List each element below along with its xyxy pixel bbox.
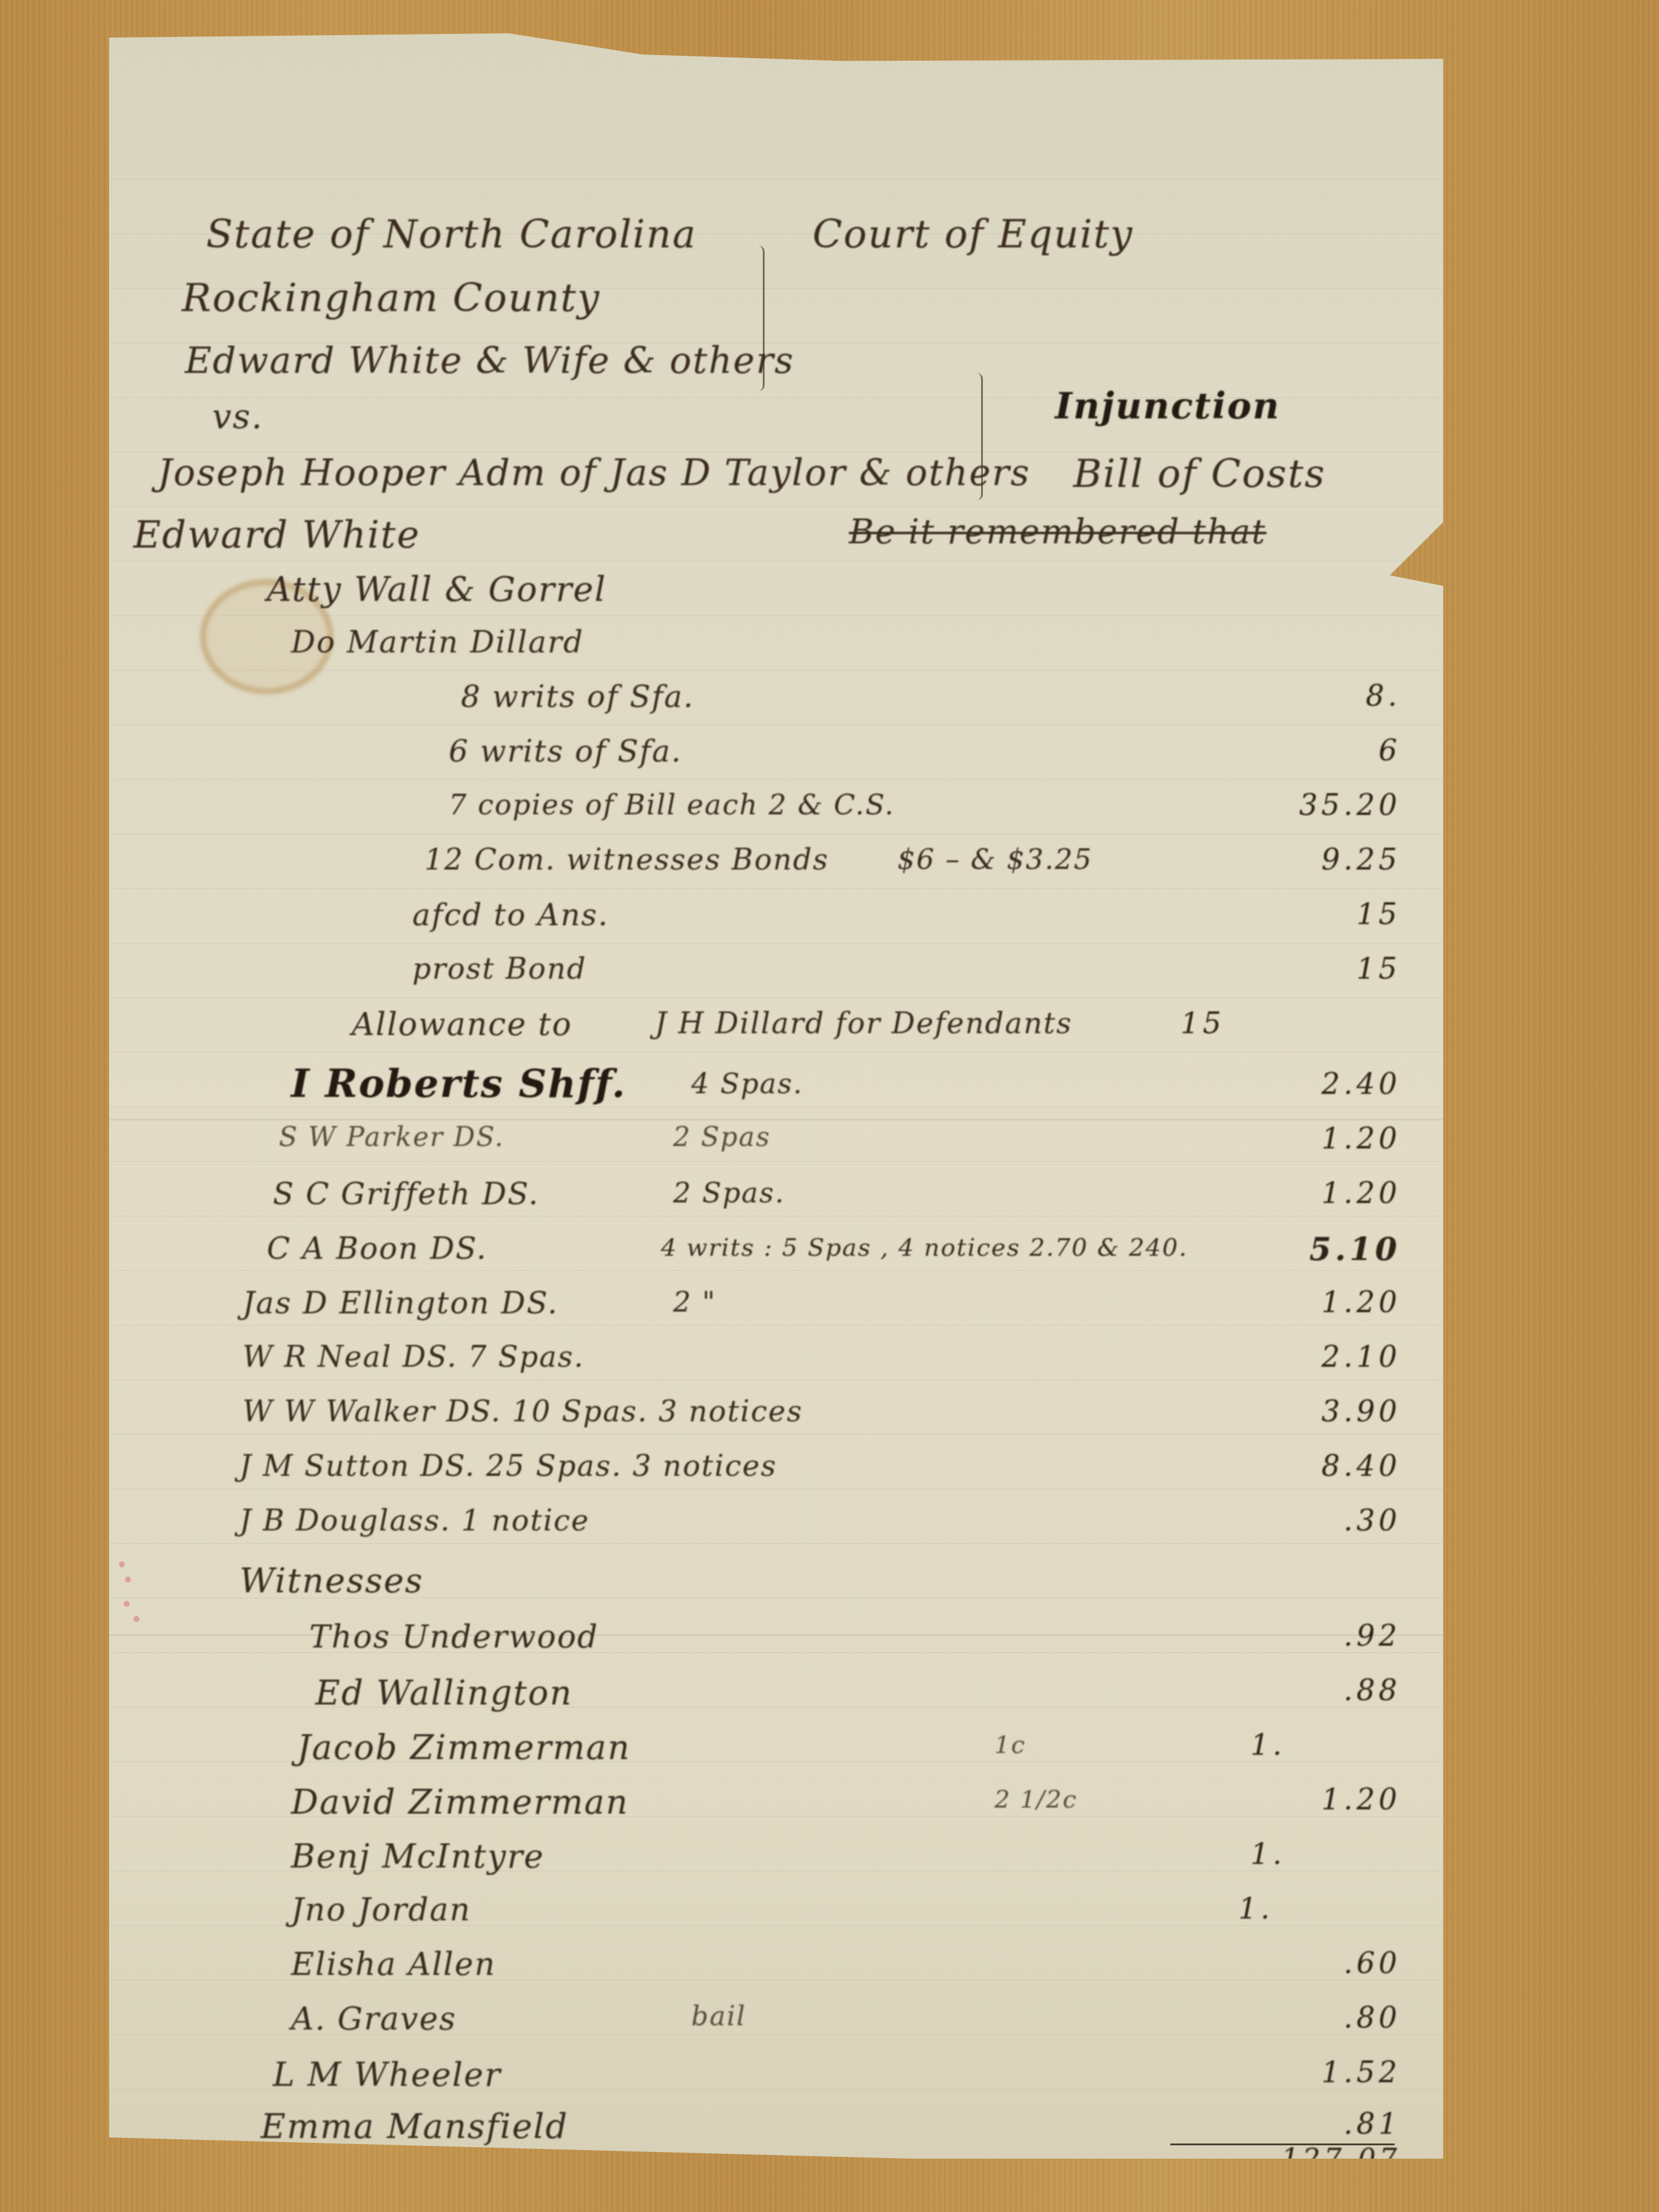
witness-name: A. Graves — [291, 2001, 457, 2037]
entry-label: Jas D Ellington DS. — [243, 1285, 558, 1321]
entry-detail: 2 Spas. — [673, 1176, 785, 1209]
entry-label: W R Neal DS. 7 Spas. — [243, 1340, 585, 1374]
entry-label: Allowance to — [352, 1007, 572, 1043]
entry-label: 8 writs of Sfa. — [461, 679, 694, 714]
entry-label: 12 Com. witnesses Bonds — [424, 843, 829, 877]
witness-name: Jacob Zimmerman — [297, 1728, 631, 1768]
witness-note: 1c — [994, 1731, 1026, 1759]
witness-amount: 1.20 — [1243, 1783, 1401, 1817]
witness-amount: 1. — [1128, 1728, 1285, 1762]
entry-label: J B Douglass. 1 notice — [240, 1504, 589, 1538]
witness-name: Jno Jordan — [291, 1892, 471, 1928]
header-county: Rockingham County — [182, 276, 600, 321]
entry-amount: 1.20 — [1243, 1176, 1401, 1210]
entry-label: S W Parker DS. — [279, 1122, 504, 1153]
entry-label: I Roberts Shff. — [291, 1061, 626, 1107]
entry-amount: 15 — [1243, 952, 1401, 986]
entry-amount: 5.10 — [1243, 1231, 1401, 1268]
entry-amount: 8. — [1243, 679, 1401, 713]
entry-detail: 4 Spas. — [691, 1067, 803, 1100]
entry-amount: 15 — [1243, 897, 1401, 931]
witness-name: Ed Wallington — [315, 1674, 573, 1713]
witness-name: David Zimmerman — [291, 1783, 629, 1822]
entry-label: prost Bond — [412, 952, 587, 986]
witness-note: bail — [691, 2001, 746, 2032]
document-title: Bill of Costs — [1073, 452, 1326, 497]
entry-label: J M Sutton DS. 25 Spas. 3 notices — [240, 1449, 777, 1483]
witnesses-heading: Witnesses — [240, 1561, 424, 1601]
witness-amount: .81 — [1243, 2107, 1401, 2141]
header-plaintiff: Edward White & Wife & others — [185, 340, 794, 382]
entry-amount: 35.20 — [1243, 788, 1401, 822]
entry-amount: 2.10 — [1243, 1340, 1401, 1374]
struck-text: Be it remembered that — [849, 512, 1267, 552]
witness-amount: .88 — [1243, 1674, 1401, 1708]
header-state: State of North Carolina — [206, 212, 697, 257]
entry-label: 6 writs of Sfa. — [449, 734, 682, 769]
entry-amount: 1.20 — [1243, 1122, 1401, 1156]
witness-amount: .60 — [1243, 1946, 1401, 1980]
witness-amount: 1. — [1128, 1837, 1285, 1871]
entry-label: Do Martin Dillard — [291, 625, 584, 660]
entry-amount: 2.40 — [1243, 1067, 1401, 1101]
entry-amount: 9.25 — [1243, 843, 1401, 877]
entry-detail: J H Dillard for Defendants — [655, 1007, 1073, 1041]
entry-label: C A Boon DS. — [267, 1231, 488, 1266]
entry-detail: 2 " — [673, 1285, 716, 1318]
document-page: State of North Carolina Court of Equity … — [109, 33, 1443, 2159]
entry-amount: 1.20 — [1243, 1285, 1401, 1319]
witness-name: Thos Underwood — [309, 1619, 598, 1655]
entry-detail: 2 Spas — [673, 1122, 771, 1153]
entry-label: Atty Wall & Gorrel — [267, 570, 606, 609]
entry-detail: $6 – & $3.25 — [897, 843, 1093, 876]
entry-label: W W Walker DS. 10 Spas. 3 notices — [243, 1395, 803, 1429]
witness-name: L M Wheeler — [273, 2056, 501, 2094]
witness-name: Benj McIntyre — [291, 1837, 545, 1875]
entry-label: 7 copies of Bill each 2 & C.S. — [449, 788, 895, 821]
witness-amount: 1.52 — [1243, 2056, 1401, 2090]
entry-amount: 8.40 — [1243, 1449, 1401, 1483]
header-defendant: Joseph Hooper Adm of Jas D Taylor & othe… — [158, 452, 1030, 494]
header-action-type: Injunction — [1055, 385, 1280, 427]
witness-amount: .80 — [1243, 2001, 1401, 2035]
witness-amount: 1. — [1116, 1892, 1273, 1926]
witness-name: Emma Mansfield — [261, 2107, 568, 2147]
entry-label: S C Griffeth DS. — [273, 1176, 539, 1212]
entry-label: afcd to Ans. — [412, 897, 609, 933]
entry-detail: 4 writs : 5 Spas , 4 notices 2.70 & 240. — [661, 1234, 1188, 1262]
entry-amount: 6 — [1243, 734, 1401, 768]
entry-amount: .30 — [1243, 1504, 1401, 1538]
entry-amount: 15 — [1067, 1007, 1225, 1041]
header-versus: vs. — [212, 397, 263, 437]
witness-name: Elisha Allen — [291, 1946, 496, 1983]
witness-note: 2 1/2c — [994, 1786, 1078, 1814]
pink-ink-marks — [116, 1561, 153, 1652]
entry-amount: 3.90 — [1243, 1395, 1401, 1429]
header-court: Court of Equity — [813, 212, 1133, 257]
witness-amount: .92 — [1243, 1619, 1401, 1653]
header-party-line: Edward White — [133, 512, 420, 557]
